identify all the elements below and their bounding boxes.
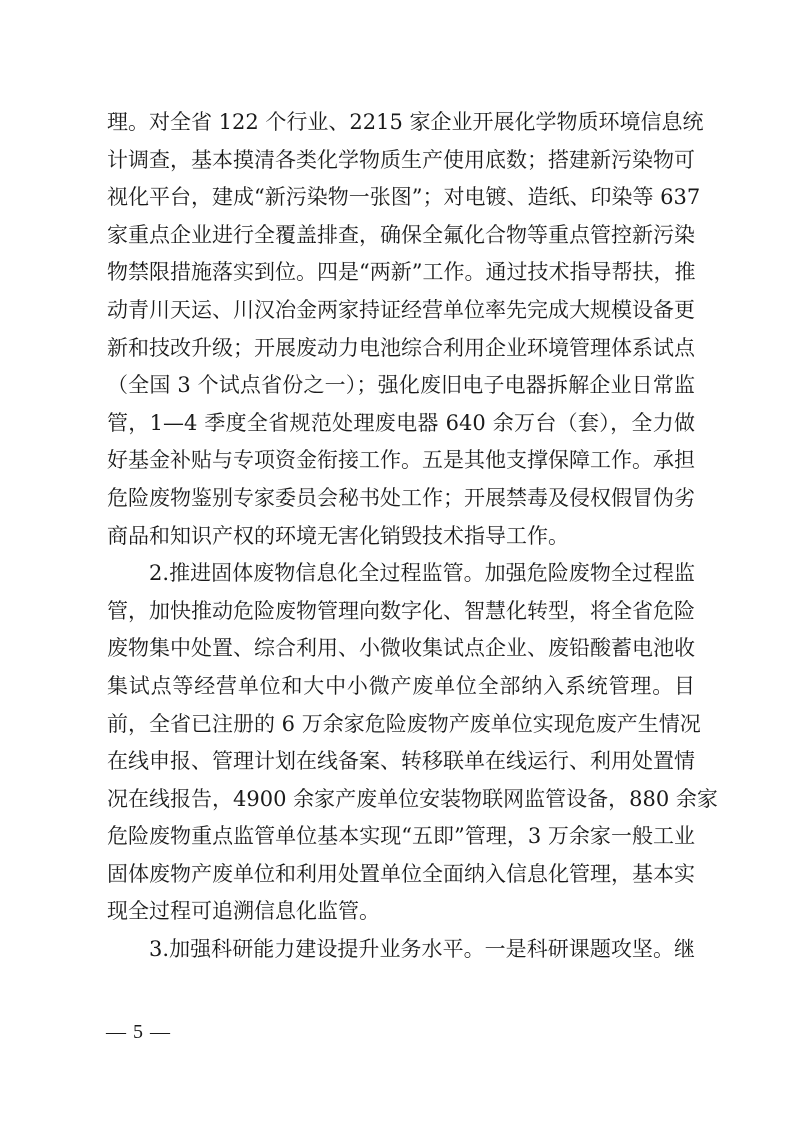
section-heading-line: 3.加强科研能力建设提升业务水平。一是科研课题攻坚。继 <box>107 931 695 969</box>
text-line: 动青川天运、川汉冶金两家持证经营单位率先完成大规模设备更 <box>107 292 695 330</box>
text-line: 物禁限措施落实到位。四是“两新”工作。通过技术指导帮扶，推 <box>107 254 695 292</box>
text-line: 危险废物重点监管单位基本实现“五即”管理，3 万余家一般工业 <box>107 818 695 856</box>
text-line: 况在线报告，4900 余家产废单位安装物联网监管设备，880 余家 <box>107 781 695 819</box>
text-line: 在线申报、管理计划在线备案、转移联单在线运行、利用处置情 <box>107 743 695 781</box>
text-line: 现全过程可追溯信息化监管。 <box>107 893 695 931</box>
text-line: 计调查，基本摸清各类化学物质生产使用底数；搭建新污染物可 <box>107 142 695 180</box>
text-line: 废物集中处置、综合利用、小微收集试点企业、废铅酸蓄电池收 <box>107 630 695 668</box>
paragraph-section-3: 3.加强科研能力建设提升业务水平。一是科研课题攻坚。继 <box>107 931 695 969</box>
body-text: 理。对全省 122 个行业、2215 家企业开展化学物质环境信息统 计调查，基本… <box>107 104 695 969</box>
text-line: （全国 3 个试点省份之一）；强化废旧电子电器拆解企业日常监 <box>107 367 695 405</box>
text-line: 好基金补贴与专项资金衔接工作。五是其他支撑保障工作。承担 <box>107 442 695 480</box>
text-line: 前，全省已注册的 6 万余家危险废物产废单位实现危废产生情况 <box>107 706 695 744</box>
section-heading-line: 2.推进固体废物信息化全过程监管。加强危险废物全过程监 <box>107 555 695 593</box>
text-line: 管，1—4 季度全省规范处理废电器 640 余万台（套），全力做 <box>107 405 695 443</box>
page-number: — 5 — <box>106 1020 171 1044</box>
text-line: 视化平台，建成“新污染物一张图”；对电镀、造纸、印染等 637 <box>107 179 695 217</box>
text-line: 商品和知识产权的环境无害化销毁技术指导工作。 <box>107 518 695 556</box>
text-line: 新和技改升级；开展废动力电池综合利用企业环境管理体系试点 <box>107 330 695 368</box>
text-line: 理。对全省 122 个行业、2215 家企业开展化学物质环境信息统 <box>107 104 695 142</box>
text-line: 管，加快推动危险废物管理向数字化、智慧化转型，将全省危险 <box>107 593 695 631</box>
text-line: 家重点企业进行全覆盖排查，确保全氟化合物等重点管控新污染 <box>107 217 695 255</box>
paragraph-section-2: 2.推进固体废物信息化全过程监管。加强危险废物全过程监 管，加快推动危险废物管理… <box>107 555 695 931</box>
paragraph-continued: 理。对全省 122 个行业、2215 家企业开展化学物质环境信息统 计调查，基本… <box>107 104 695 555</box>
text-line: 固体废物产废单位和利用处置单位全面纳入信息化管理，基本实 <box>107 856 695 894</box>
text-line: 集试点等经营单位和大中小微产废单位全部纳入系统管理。目 <box>107 668 695 706</box>
document-page: 理。对全省 122 个行业、2215 家企业开展化学物质环境信息统 计调查，基本… <box>0 0 793 1122</box>
text-line: 危险废物鉴别专家委员会秘书处工作；开展禁毒及侵权假冒伪劣 <box>107 480 695 518</box>
